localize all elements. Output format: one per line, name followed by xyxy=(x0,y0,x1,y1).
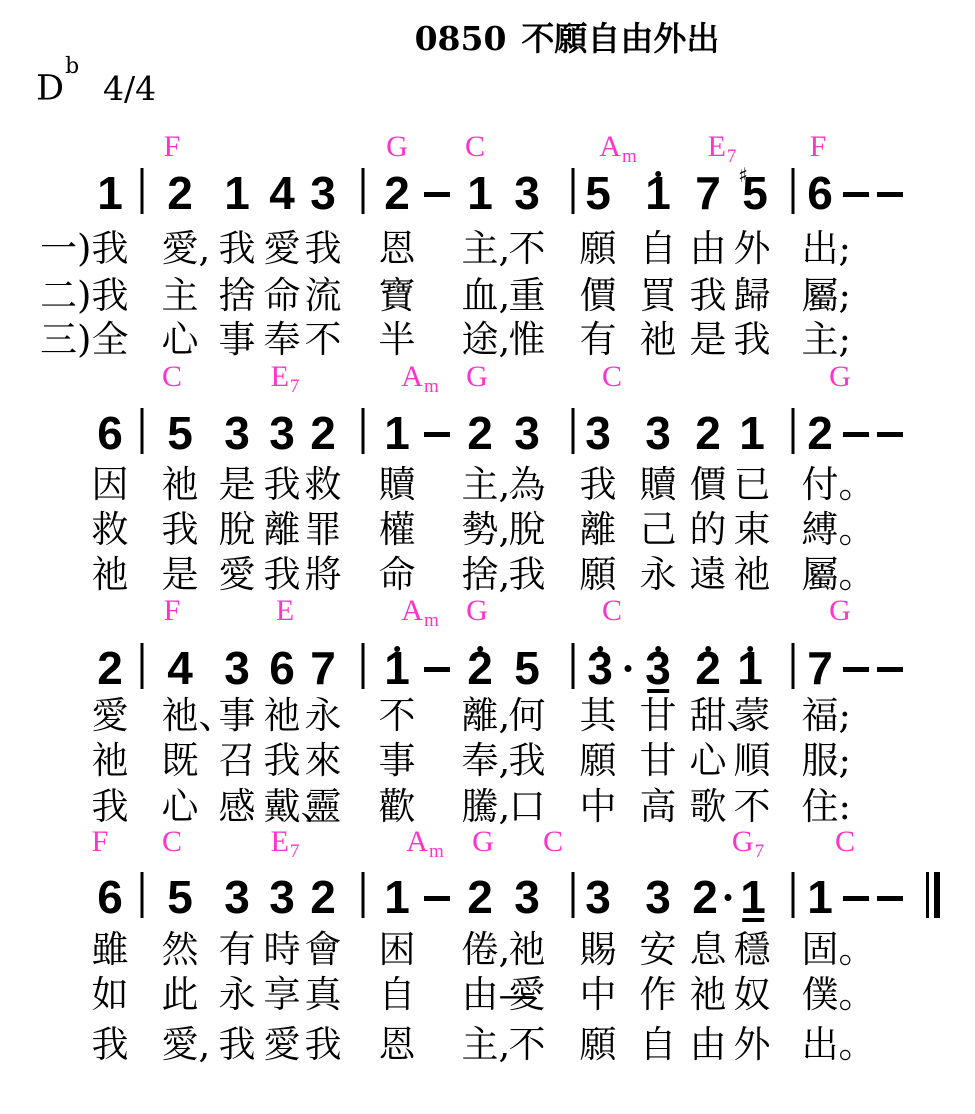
note-digit: 3 xyxy=(514,874,540,920)
punctuation: 。 xyxy=(839,511,876,548)
lyric-syllable: 愛 xyxy=(509,976,546,1013)
lyric-syllable: 血, xyxy=(462,277,499,314)
lyric-syllable: 捨, xyxy=(462,556,499,593)
lyric-syllable: 祂 xyxy=(92,742,129,779)
lyric-syllable: 有 xyxy=(580,321,617,358)
chord-symbol: G xyxy=(472,827,494,857)
note-digit: 2 xyxy=(310,410,336,456)
lyric-syllable: 祂 xyxy=(734,556,771,593)
note-digit: 2 xyxy=(695,410,721,456)
lyric-syllable: 永 xyxy=(640,556,677,593)
lyric-syllable: 時 xyxy=(264,931,301,968)
lyric-syllable: 真 xyxy=(305,976,342,1013)
lyric-syllable: 我 xyxy=(264,466,301,503)
lyric-syllable: 主; xyxy=(802,321,839,358)
chord-symbol: C xyxy=(465,132,485,162)
note-digit: 2 xyxy=(692,874,718,920)
lyric-syllable: 心 xyxy=(690,742,727,779)
lyric-syllable: 事 xyxy=(219,321,256,358)
lyric-syllable: 感 xyxy=(219,788,256,825)
lyric-syllable: 中 xyxy=(580,976,617,1013)
note-digit: 3 xyxy=(269,874,295,920)
barline xyxy=(362,168,365,214)
lyric-syllable: 權 xyxy=(379,511,416,548)
chord-symbol: Am xyxy=(401,596,438,630)
duration-dash xyxy=(843,896,869,901)
octave-dot xyxy=(705,646,711,652)
note-digit: 3 xyxy=(645,410,671,456)
lyric-syllable: 心 xyxy=(162,788,199,825)
note-digit: 1 xyxy=(384,645,410,691)
lyric-syllable: 祂 xyxy=(690,976,727,1013)
chord-symbol: C xyxy=(602,362,622,392)
song-number: 0850 xyxy=(415,19,507,58)
lyric-syllable: 自 xyxy=(640,230,677,267)
note-digit: 7 xyxy=(310,645,336,691)
lyric-syllable: 我 xyxy=(219,230,256,267)
lyric-syllable: 賜 xyxy=(580,931,617,968)
punctuation: ; xyxy=(839,321,851,358)
chord-symbol: G7 xyxy=(732,827,764,861)
lyric-syllable: 既 xyxy=(162,742,199,779)
chord-symbol: C xyxy=(162,827,182,857)
lyric-syllable: 重 xyxy=(509,277,546,314)
note-digit: 6 xyxy=(97,874,123,920)
lyric-syllable: 離 xyxy=(580,511,617,548)
lyric-syllable: 祂 xyxy=(640,321,677,358)
lyric-syllable: 命 xyxy=(379,556,416,593)
lyric-syllable: 僕。 xyxy=(802,976,839,1013)
chord-symbol: C xyxy=(543,827,563,857)
barline xyxy=(792,872,795,918)
lyric-syllable: 救 xyxy=(92,511,129,548)
lyric-syllable: 我 xyxy=(162,511,199,548)
lyric-syllable: 半 xyxy=(379,321,416,358)
lyric-syllable: 歡 xyxy=(379,788,416,825)
barline xyxy=(572,872,575,918)
duration-dash xyxy=(843,667,869,672)
chord-symbol: F xyxy=(164,132,181,162)
lyric-syllable: 我 xyxy=(92,1026,129,1063)
note-digit: 1 xyxy=(97,170,123,216)
lyric-syllable: 祂 xyxy=(509,931,546,968)
verse-number-prefix: 三) xyxy=(40,321,91,358)
lyric-syllable: 愛, xyxy=(162,230,199,267)
lyric-syllable: 然 xyxy=(162,931,199,968)
lyric-syllable: 勢, xyxy=(462,511,499,548)
lyric-syllable: 己 xyxy=(640,511,677,548)
lyric-syllable: 服; xyxy=(802,742,839,779)
lyric-syllable: 愛 xyxy=(264,1026,301,1063)
note-digit: 1 xyxy=(740,874,766,920)
note-digit: 5 xyxy=(585,170,611,216)
chord-symbol: Am xyxy=(599,132,636,166)
lyric-syllable: 由— xyxy=(462,976,499,1013)
lyric-syllable: 一)我 xyxy=(92,230,129,267)
note-digit: 3 xyxy=(585,874,611,920)
punctuation: 。 xyxy=(839,556,876,593)
lyric-syllable: 脫 xyxy=(509,511,546,548)
chord-symbol: F xyxy=(164,596,181,626)
lyric-syllable: 會 xyxy=(305,931,342,968)
lyric-syllable: 贖 xyxy=(640,466,677,503)
lyric-syllable: 其 xyxy=(580,697,617,734)
note-digit: 5 xyxy=(167,410,193,456)
note-digit: 3 xyxy=(224,645,250,691)
lyric-syllable: 救 xyxy=(305,466,342,503)
barline xyxy=(792,168,795,214)
punctuation: , xyxy=(199,230,211,267)
note-digit: 1 xyxy=(467,170,493,216)
lyric-syllable: 愛 xyxy=(264,230,301,267)
note-digit: 6 xyxy=(97,410,123,456)
lyric-syllable: 我 xyxy=(509,742,546,779)
note-digit: 2 xyxy=(467,410,493,456)
duration-dash xyxy=(877,896,903,901)
lyric-syllable: 順 xyxy=(734,742,771,779)
lyric-syllable: 雖 xyxy=(92,931,129,968)
note-digit: 2 xyxy=(310,874,336,920)
lyric-syllable: 不 xyxy=(734,788,771,825)
note-digit: 1 xyxy=(645,170,671,216)
note-digit: 3 xyxy=(645,645,671,691)
duration-dash xyxy=(424,667,450,672)
punctuation: ; xyxy=(839,742,851,779)
lyric-syllable: 如 xyxy=(92,976,129,1013)
chord-symbol: G xyxy=(466,596,488,626)
lyric-syllable: 價 xyxy=(690,466,727,503)
note-digit: 1 xyxy=(807,874,833,920)
chord-subscript: m xyxy=(424,376,439,397)
punctuation: ; xyxy=(839,697,851,734)
lyric-syllable: 是 xyxy=(219,466,256,503)
lyric-syllable: 恩 xyxy=(379,1026,416,1063)
lyric-syllable: 來 xyxy=(305,742,342,779)
lyric-syllable: 脫 xyxy=(219,511,256,548)
chord-symbol: C xyxy=(602,596,622,626)
lyric-syllable: 祂、 xyxy=(162,697,199,734)
chord-symbol: F xyxy=(92,827,109,857)
duration-dash xyxy=(877,432,903,437)
chord-symbol: G xyxy=(386,132,408,162)
chord-subscript: m xyxy=(424,610,439,631)
barline xyxy=(362,643,365,689)
note-digit: 2 xyxy=(467,645,493,691)
note-digit: 4 xyxy=(167,645,193,691)
lyric-syllable: 何 xyxy=(509,697,546,734)
lyric-syllable: 恩 xyxy=(379,230,416,267)
lyric-syllable: 離 xyxy=(264,511,301,548)
note-digit: 1 xyxy=(737,645,763,691)
duration-dash xyxy=(424,896,450,901)
barline xyxy=(572,408,575,454)
lyric-syllable: 倦, xyxy=(462,931,499,968)
lyric-syllable: 的 xyxy=(690,511,727,548)
lyric-syllable: 困 xyxy=(379,931,416,968)
note-digit: 1 xyxy=(224,170,250,216)
lyric-syllable: 此 xyxy=(162,976,199,1013)
chord-symbol: G xyxy=(829,596,851,626)
lyric-syllable: 我 xyxy=(305,230,342,267)
chord-symbol: E7 xyxy=(271,362,300,396)
flat-accidental: b xyxy=(65,54,79,79)
lyric-syllable: 甜、 xyxy=(690,697,727,734)
note-digit: ♯5 xyxy=(742,170,768,216)
note-digit: 3 xyxy=(514,410,540,456)
lyric-syllable: 願 xyxy=(580,1026,617,1063)
chord-symbol: F xyxy=(810,132,827,162)
lyric-syllable: 不 xyxy=(305,321,342,358)
lyric-syllable: 甘 xyxy=(640,697,677,734)
lyric-syllable: 奉, xyxy=(462,742,499,779)
lyric-syllable: 罪 xyxy=(305,511,342,548)
lyric-syllable: 我 xyxy=(690,277,727,314)
lyric-syllable: 屬; xyxy=(802,277,839,314)
duration-dash xyxy=(424,192,450,197)
lyric-syllable: 我 xyxy=(264,556,301,593)
chord-symbol: E xyxy=(276,596,294,626)
duration-dash xyxy=(843,432,869,437)
note-digit: 5 xyxy=(514,645,540,691)
lyric-syllable: 享 xyxy=(264,976,301,1013)
note-digit: 5 xyxy=(167,874,193,920)
lyric-syllable: 是 xyxy=(690,321,727,358)
lyric-syllable: 途, xyxy=(462,321,499,358)
note-digit: 7 xyxy=(807,645,833,691)
lyric-syllable: 騰, xyxy=(462,788,499,825)
lyric-syllable: 由 xyxy=(690,230,727,267)
lyric-syllable: 我 xyxy=(580,466,617,503)
chord-subscript: 7 xyxy=(290,376,300,397)
augmentation-dot xyxy=(725,894,732,901)
note-digit: 2 xyxy=(467,874,493,920)
note-digit: 2 xyxy=(167,170,193,216)
barline xyxy=(792,643,795,689)
barline xyxy=(362,408,365,454)
lyric-syllable: 流 xyxy=(305,277,342,314)
chord-symbol: G xyxy=(829,362,851,392)
barline xyxy=(141,643,144,689)
lyric-syllable: 主, xyxy=(462,466,499,503)
lyric-syllable: 住: xyxy=(802,788,839,825)
note-digit: 2 xyxy=(807,410,833,456)
lyric-syllable: 已 xyxy=(734,466,771,503)
lyric-syllable: 我 xyxy=(305,1026,342,1063)
punctuation: 。 xyxy=(839,1026,876,1063)
lyric-syllable: 外 xyxy=(734,1026,771,1063)
lyric-syllable: 價 xyxy=(580,277,617,314)
lyric-syllable: 祂 xyxy=(162,466,199,503)
lyric-syllable: 二)我 xyxy=(92,277,129,314)
octave-dot xyxy=(477,646,483,652)
lyric-syllable: 因 xyxy=(92,466,129,503)
lyric-syllable: 遠 xyxy=(690,556,727,593)
chord-symbol: G xyxy=(466,362,488,392)
chord-symbol: C xyxy=(835,827,855,857)
duration-dash xyxy=(843,192,869,197)
song-title: 0850不願自由外出 xyxy=(415,22,720,55)
chord-symbol: Am xyxy=(406,827,443,861)
barline xyxy=(572,168,575,214)
lyric-syllable: 固。 xyxy=(802,931,839,968)
lyric-syllable: 主, xyxy=(462,230,499,267)
lyric-syllable: 買 xyxy=(640,277,677,314)
note-digit: 6 xyxy=(807,170,833,216)
barline xyxy=(141,168,144,214)
lyric-syllable: 外 xyxy=(734,230,771,267)
final-barline xyxy=(926,872,940,918)
note-digit: 3 xyxy=(269,410,295,456)
punctuation: 。 xyxy=(839,931,876,968)
octave-dot xyxy=(655,646,661,652)
lyric-syllable: 事 xyxy=(219,697,256,734)
lyric-syllable: 心 xyxy=(162,321,199,358)
punctuation: : xyxy=(839,788,851,825)
lyric-syllable: 捨 xyxy=(219,277,256,314)
lyric-syllable: 願 xyxy=(580,230,617,267)
song-title-text: 不願自由外出 xyxy=(521,19,719,58)
lyric-syllable: 惟 xyxy=(509,321,546,358)
chord-symbol: E7 xyxy=(271,827,300,861)
note-digit: 6 xyxy=(269,645,295,691)
lyric-syllable: 奴 xyxy=(734,976,771,1013)
note-digit: 3 xyxy=(224,410,250,456)
lyric-syllable: 主, xyxy=(462,1026,499,1063)
barline xyxy=(792,408,795,454)
lyric-syllable: 有 xyxy=(219,931,256,968)
lyric-syllable: 寶 xyxy=(379,277,416,314)
lyric-syllable: 愛 xyxy=(219,556,256,593)
eighth-underline xyxy=(742,918,764,922)
lyric-syllable: 戴、 xyxy=(264,788,301,825)
lyric-syllable: 命 xyxy=(264,277,301,314)
lyric-syllable: 安 xyxy=(640,931,677,968)
lyric-syllable: 我 xyxy=(509,556,546,593)
lyric-syllable: 不 xyxy=(379,697,416,734)
duration-dash xyxy=(424,432,450,437)
punctuation: 。 xyxy=(839,466,876,503)
punctuation: ; xyxy=(839,230,851,267)
lyric-syllable: 穩 xyxy=(734,931,771,968)
punctuation: ; xyxy=(839,277,851,314)
octave-dot xyxy=(655,171,661,177)
lyric-syllable: 離, xyxy=(462,697,499,734)
barline xyxy=(141,408,144,454)
note-digit: 1 xyxy=(739,410,765,456)
lyric-syllable: 永 xyxy=(219,976,256,1013)
lyric-syllable: 愛 xyxy=(92,697,129,734)
lyric-syllable: 作 xyxy=(640,976,677,1013)
barline xyxy=(141,872,144,918)
lyric-syllable: 永 xyxy=(305,697,342,734)
note-digit: 1 xyxy=(384,410,410,456)
lyric-syllable: 我 xyxy=(734,321,771,358)
duration-dash xyxy=(877,192,903,197)
lyric-syllable: 自 xyxy=(379,976,416,1013)
lyric-syllable: 事 xyxy=(379,742,416,779)
note-digit: 3 xyxy=(514,170,540,216)
note-digit: 3 xyxy=(224,874,250,920)
octave-dot xyxy=(394,646,400,652)
note-digit: 2 xyxy=(384,170,410,216)
lyric-syllable: 不 xyxy=(509,1026,546,1063)
lyric-syllable: 召 xyxy=(219,742,256,779)
verse-number-prefix: 二) xyxy=(40,277,91,314)
note-digit: 2 xyxy=(97,645,123,691)
note-digit: 3 xyxy=(585,410,611,456)
lyric-syllable: 自 xyxy=(640,1026,677,1063)
lyric-syllable: 靈 xyxy=(305,788,342,825)
lyric-syllable: 出; xyxy=(802,230,839,267)
lyric-syllable: 縛。 xyxy=(802,511,839,548)
chord-subscript: 7 xyxy=(290,841,300,862)
sheet-music-page: 0850不願自由外出 Db 4/4 FGCAmE7F12143213517♯56… xyxy=(0,0,975,1114)
note-digit: 3 xyxy=(645,874,671,920)
octave-dot xyxy=(747,646,753,652)
key-letter: D xyxy=(36,69,64,109)
lyric-syllable: 不 xyxy=(509,230,546,267)
note-digit: 4 xyxy=(269,170,295,216)
note-digit: 3 xyxy=(310,170,336,216)
lyric-syllable: 是 xyxy=(162,556,199,593)
verse-number-prefix: 一) xyxy=(40,230,91,267)
lyric-syllable: 愛, xyxy=(162,1026,199,1063)
lyric-syllable: 屬。 xyxy=(802,556,839,593)
lyric-syllable: 歌 xyxy=(690,788,727,825)
augmentation-dot xyxy=(625,665,632,672)
chord-symbol: E7 xyxy=(708,132,737,166)
chord-symbol: Am xyxy=(401,362,438,396)
note-digit: 3 xyxy=(587,645,613,691)
lyric-syllable: 願 xyxy=(580,742,617,779)
lyric-syllable: 蒙 xyxy=(734,697,771,734)
chord-subscript: 7 xyxy=(727,146,737,167)
lyric-syllable: 將 xyxy=(305,556,342,593)
lyric-syllable: 我 xyxy=(264,742,301,779)
barline xyxy=(362,872,365,918)
lyric-syllable: 付。 xyxy=(802,466,839,503)
lyric-syllable: 甘 xyxy=(640,742,677,779)
key-signature: Db xyxy=(36,70,78,107)
lyric-syllable: 福; xyxy=(802,697,839,734)
lyric-syllable: 高 xyxy=(640,788,677,825)
note-digit: 2 xyxy=(695,645,721,691)
lyric-syllable: 出。 xyxy=(802,1026,839,1063)
lyric-syllable: 祂 xyxy=(92,556,129,593)
lyric-syllable: 主 xyxy=(162,277,199,314)
note-digit: 1 xyxy=(384,874,410,920)
lyric-syllable: 奉 xyxy=(264,321,301,358)
punctuation: , xyxy=(199,1026,211,1063)
chord-subscript: 7 xyxy=(755,841,765,862)
lyric-syllable: 為 xyxy=(509,466,546,503)
lyric-syllable: 口 xyxy=(509,788,546,825)
lyric-syllable: 由 xyxy=(690,1026,727,1063)
lyric-syllable: 中 xyxy=(580,788,617,825)
lyric-syllable: 三)全 xyxy=(92,321,129,358)
barline xyxy=(572,643,575,689)
time-signature: 4/4 xyxy=(103,72,156,105)
note-digit: 7 xyxy=(695,170,721,216)
punctuation: 。 xyxy=(839,976,876,1013)
chord-subscript: m xyxy=(622,146,637,167)
lyric-syllable: 祂 xyxy=(264,697,301,734)
lyric-syllable: 願 xyxy=(580,556,617,593)
lyric-syllable: 贖 xyxy=(379,466,416,503)
eighth-underline xyxy=(647,689,669,693)
octave-dot xyxy=(597,646,603,652)
lyric-syllable: 歸 xyxy=(734,277,771,314)
